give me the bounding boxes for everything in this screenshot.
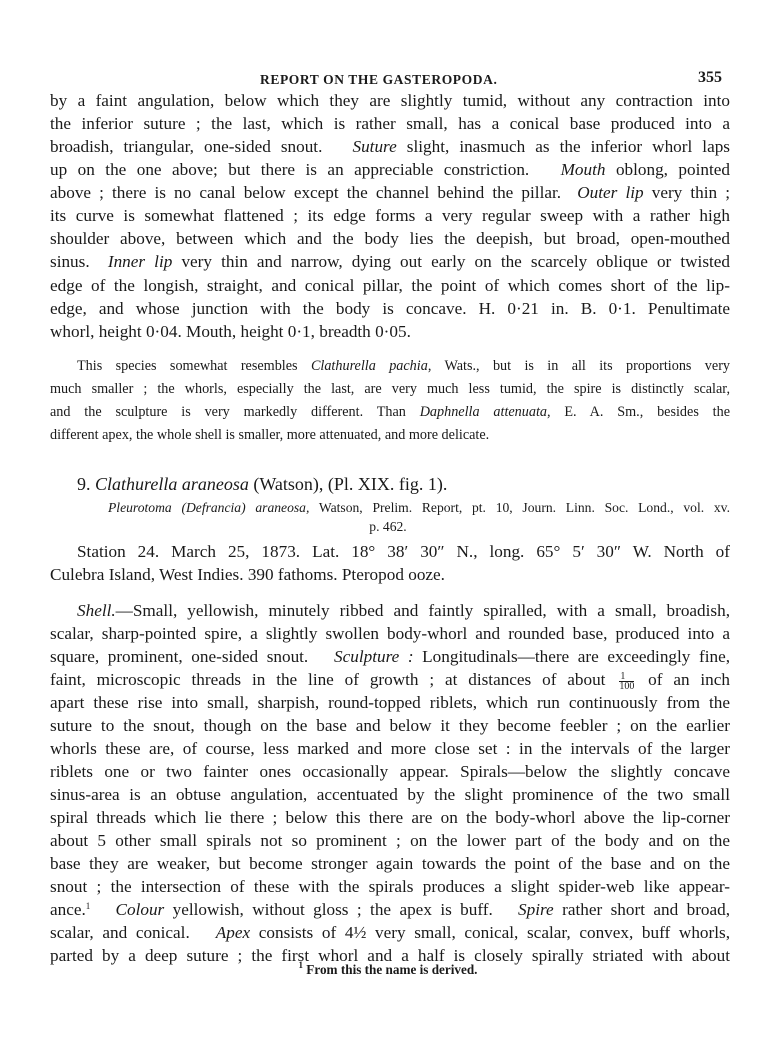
text-line: its curve is somewhat flattened ; its ed… [50,205,730,227]
running-head: REPORT ON THE GASTEROPODA. [260,72,497,88]
synonymy-line: Pleurotoma (Defrancia) araneosa, Watson,… [108,500,730,516]
term-outer-lip: Outer lip [577,183,643,202]
text-line: square, prominent, one-sided snout. Scul… [50,646,730,668]
species-name: Clathurella araneosa [95,474,249,494]
text-line: edge of the longish, straight, and conic… [50,275,730,297]
text-line: broadish, triangular, one-sided snout. S… [50,136,730,158]
footnote: 1 From this the name is derived. [0,962,776,978]
taxon-name: Daphnella attenuata [420,404,547,420]
text-line: faint, microscopic threads in the line o… [50,669,730,691]
text-line: by a faint angulation, below which they … [50,90,730,112]
species-heading: 9. Clathurella araneosa (Watson), (Pl. X… [77,474,447,495]
text-line: riblets one or two fainter ones occasion… [50,761,730,783]
species-number: 9. [77,474,91,494]
text-line: snout ; the intersection of these with t… [50,876,730,898]
text-line: edge, and whose junction with the body i… [50,298,730,320]
text-line: sinus-area is an obtuse angulation, acce… [50,784,730,806]
text-line: shoulder above, between which and the bo… [50,228,730,250]
footnote-text: From this the name is derived. [306,962,477,977]
text-line: This species somewhat resembles Clathure… [77,356,730,376]
page-header: REPORT ON THE GASTEROPODA. 355 [0,72,776,92]
text-line: Shell.—Small, yellowish, minutely ribbed… [77,600,730,622]
text-line: base they are weaker, but become stronge… [50,853,730,875]
station-line: Station 24. March 25, 1873. Lat. 18° 38′… [77,541,730,563]
page-number: 355 [698,69,722,87]
term-inner-lip: Inner lip [108,252,172,271]
term-spire: Spire [518,900,554,919]
text-line: above ; there is no canal below except t… [50,182,730,204]
text-line: ance.1 Colour yellowish, without gloss ;… [50,899,730,921]
document-page: REPORT ON THE GASTEROPODA. 355 by a fain… [0,0,776,1050]
text-line: suture to the snout, though on the base … [50,715,730,737]
text-line: scalar, sharp-pointed spire, a slightly … [50,623,730,645]
text-line: apart these rise into small, sharpish, r… [50,692,730,714]
term-colour: Colour [116,900,165,919]
footnote-ref: 1 [86,901,91,911]
text-line: the inferior suture ; the last, which is… [50,113,730,135]
text-line: whorls these are, of course, less marked… [50,738,730,760]
text-line: spiral threads which lie there ; below t… [50,807,730,829]
synonymy-page: p. 462. [0,519,776,535]
term-sculpture: Sculpture : [334,647,414,666]
text-line: scalar, and conical. Apex consists of 4½… [50,922,730,944]
text-line: whorl, height 0·04. Mouth, height 0·1, b… [50,321,730,343]
text-line: much smaller ; the whorls, especially th… [50,379,730,399]
text-line: up on the one above; but there is an app… [50,159,730,181]
term-mouth: Mouth [561,160,606,179]
footnote-marker: 1 [299,960,304,970]
text-line: about 5 other small spirals not so promi… [50,830,730,852]
text-line: different apex, the whole shell is small… [50,425,730,445]
term-shell: Shell. [77,601,116,620]
fraction-one-hundredth: 1100 [619,672,634,691]
species-authority: (Watson), (Pl. XIX. fig. 1). [253,474,447,494]
term-suture: Suture [352,137,396,156]
text-line: and the sculpture is very markedly diffe… [50,402,730,422]
station-line: Culebra Island, West Indies. 390 fathoms… [50,564,730,586]
text-line: sinus. Inner lip very thin and narrow, d… [50,251,730,273]
taxon-name: Clathurella pachia [311,358,428,374]
term-apex: Apex [216,923,250,942]
